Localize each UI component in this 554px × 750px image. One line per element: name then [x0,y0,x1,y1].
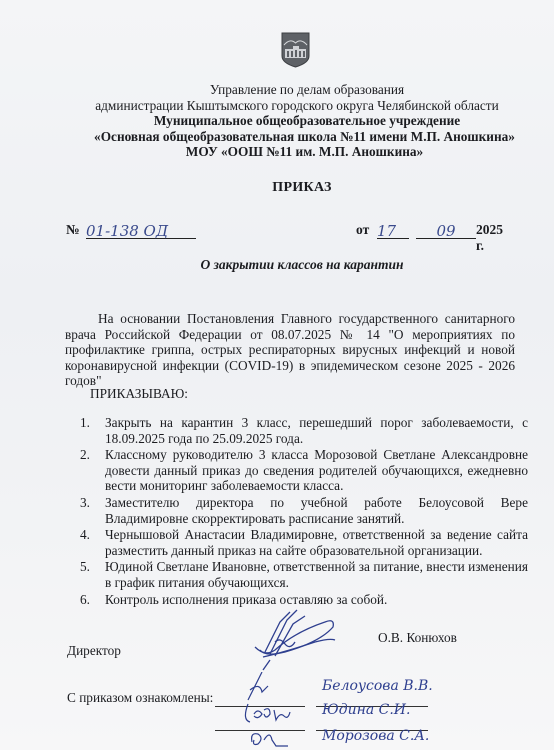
order-item: 3.Заместителю директора по учебной работ… [80,495,528,526]
ack-signature-1-icon [240,672,290,702]
coat-of-arms-icon [281,32,310,68]
header-line-department: Управление по делам образования [0,82,554,98]
order-item: 2.Классному руководителю 3 класса Морозо… [80,447,528,494]
order-year: 2025 г. [476,222,506,254]
order-items-list: 1.Закрыть на карантин 3 класс, перешедши… [80,415,528,608]
signatory-name: О.В. Конюхов [378,630,457,646]
header-line-school-short: МОУ «ООШ №11 им. М.П. Аношкина» [0,144,554,160]
document-title: ПРИКАЗ [0,180,554,196]
order-preamble: На основании Постановления Главного госу… [65,311,515,389]
number-label: № [66,222,80,238]
order-directive-word: ПРИКАЗЫВАЮ: [90,386,188,402]
organization-header: Управление по делам образования админист… [0,82,554,160]
acknowledgement-label: С приказом ознакомлены: [67,690,213,706]
header-line-administration: администрации Кыштымского городского окр… [0,98,554,114]
date-label: от [356,222,369,238]
ack-name-handwritten-1: Белоусова В.В. [322,678,433,694]
ack-signature-2-icon [240,700,300,726]
preamble-text: На основании Постановления Главного госу… [65,311,515,389]
order-item: 5.Юдиной Светлане Ивановне, ответственно… [80,559,528,590]
order-number-handwritten: 01-138 ОД [86,222,196,239]
ack-signature-3-icon [248,728,298,750]
header-line-institution-type: Муниципальное общеобразовательное учрежд… [0,113,554,129]
order-day-handwritten: 17 [377,222,409,239]
order-item: 1.Закрыть на карантин 3 класс, перешедши… [80,415,528,446]
order-item: 4.Чернышовой Анастасии Владимировне, отв… [80,527,528,558]
header-line-school-name: «Основная общеобразовательная школа №11 … [0,129,554,145]
signatory-position: Директор [67,643,121,659]
ack-name-handwritten-3: Морозова С.А. [322,728,429,744]
document-page: Управление по делам образования админист… [0,0,554,750]
order-subject: О закрытии классов на карантин [0,257,554,273]
ack-name-handwritten-2: Юдина С.И. [322,702,410,718]
order-month-handwritten: 09 [416,222,476,239]
director-signature-icon [235,602,345,672]
